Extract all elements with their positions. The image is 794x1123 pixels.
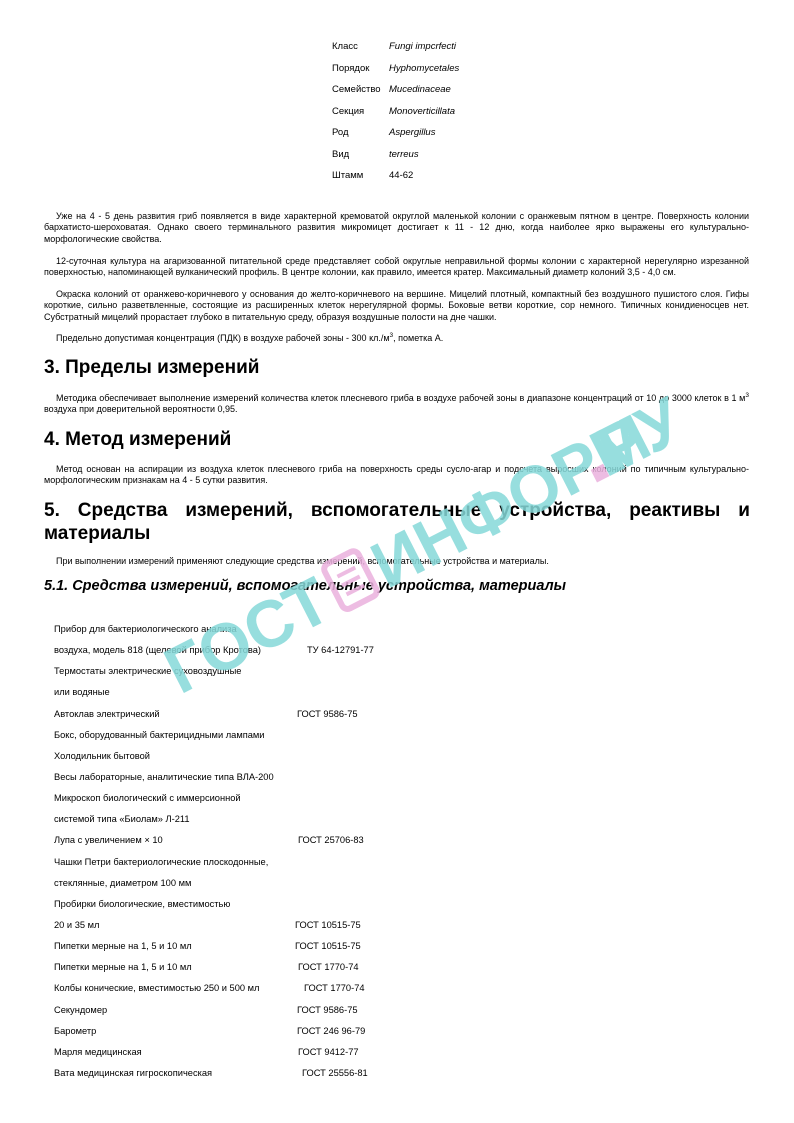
equipment-row: Весы лабораторные, аналитические типа ВЛ…: [54, 772, 454, 793]
equipment-name: воздуха, модель 818 (щелевой прибор Крот…: [54, 645, 261, 655]
taxonomy-label: Вид: [332, 149, 389, 160]
taxonomy-row: Штамм 44-62: [332, 170, 459, 192]
paragraph-culture-description: 12-суточная культура на агаризованной пи…: [44, 256, 749, 279]
section-heading-5: 5. Средства измерений, вспомогательные у…: [44, 499, 750, 545]
equipment-row: Микроскоп биологический с иммерсионной: [54, 793, 454, 814]
equipment-name: Термостаты электрические суховоздушные: [54, 666, 241, 676]
equipment-row: Бокс, оборудованный бактерицидными лампа…: [54, 730, 454, 751]
taxonomy-table: Класс Fungi impcrfecti Порядок Hyphomyce…: [332, 41, 459, 192]
equipment-name: стеклянные, диаметром 100 мм: [54, 878, 191, 888]
taxonomy-label: Класс: [332, 41, 389, 52]
equipment-row: Автоклав электрическийГОСТ 9586-75: [54, 709, 454, 730]
taxonomy-value: Hyphomycetales: [389, 63, 459, 74]
equipment-standard: ГОСТ 9586-75: [297, 1005, 358, 1015]
equipment-row: 20 и 35 млГОСТ 10515-75: [54, 920, 454, 941]
equipment-name: Секундомер: [54, 1005, 107, 1015]
equipment-name: Пробирки биологические, вместимостью: [54, 899, 230, 909]
taxonomy-row: Семейство Mucedinaceae: [332, 84, 459, 106]
subsection-heading-5-1: 5.1. Средства измерений, вспомогательные…: [44, 578, 566, 594]
taxonomy-value: Mucedinaceae: [389, 84, 451, 95]
equipment-name: Лупа с увеличением × 10: [54, 835, 163, 845]
range-text: Методика обеспечивает выполнение измерен…: [56, 393, 745, 403]
taxonomy-label: Порядок: [332, 63, 389, 74]
taxonomy-label: Секция: [332, 106, 389, 117]
paragraph-equipment-intro: При выполнении измерений применяют следу…: [44, 556, 749, 567]
taxonomy-row: Секция Monoverticillata: [332, 106, 459, 128]
equipment-name: Барометр: [54, 1026, 96, 1036]
taxonomy-value: Monoverticillata: [389, 106, 455, 117]
equipment-row: Чашки Петри бактериологические плоскодон…: [54, 857, 454, 878]
section-heading-3: 3. Пределы измерений: [44, 356, 750, 379]
mac-text-end: , пометка А.: [393, 333, 443, 343]
taxonomy-value: 44-62: [389, 170, 413, 181]
equipment-row: Термостаты электрические суховоздушные: [54, 666, 454, 687]
equipment-standard: ГОСТ 246 96-79: [297, 1026, 365, 1036]
equipment-standard: ГОСТ 10515-75: [295, 941, 361, 951]
equipment-standard: ГОСТ 25556-81: [302, 1068, 368, 1078]
equipment-name: системой типа «Биолам» Л-211: [54, 814, 190, 824]
taxonomy-value: Fungi impcrfecti: [389, 41, 456, 52]
range-text-end: воздуха при доверительной вероятности 0,…: [44, 404, 238, 414]
equipment-standard: ГОСТ 25706-83: [298, 835, 364, 845]
taxonomy-label: Семейство: [332, 84, 389, 95]
equipment-name: или водяные: [54, 687, 110, 697]
equipment-standard: ГОСТ 1770-74: [304, 983, 365, 993]
equipment-row: Колбы конические, вместимостью 250 и 500…: [54, 983, 454, 1004]
taxonomy-value: Aspergillus: [389, 127, 435, 138]
equipment-standard: ГОСТ 9412-77: [298, 1047, 359, 1057]
equipment-row: Пипетки мерные на 1, 5 и 10 млГОСТ 1770-…: [54, 962, 454, 983]
mac-text: Предельно допустимая концентрация (ПДК) …: [56, 333, 390, 343]
equipment-standard: ГОСТ 10515-75: [295, 920, 361, 930]
equipment-row: Лупа с увеличением × 10ГОСТ 25706-83: [54, 835, 454, 856]
equipment-row: Пробирки биологические, вместимостью: [54, 899, 454, 920]
equipment-row: Вата медицинская гигроскопическаяГОСТ 25…: [54, 1068, 454, 1089]
equipment-row: Холодильник бытовой: [54, 751, 454, 772]
equipment-row: системой типа «Биолам» Л-211: [54, 814, 454, 835]
equipment-list: Прибор для бактериологического анализаво…: [54, 624, 454, 1089]
paragraph-measurement-range: Методика обеспечивает выполнение измерен…: [44, 393, 749, 416]
taxonomy-value: terreus: [389, 149, 419, 160]
paragraph-method: Метод основан на аспирации из воздуха кл…: [44, 464, 749, 487]
equipment-name: Пипетки мерные на 1, 5 и 10 мл: [54, 941, 192, 951]
equipment-name: Автоклав электрический: [54, 709, 160, 719]
equipment-row: или водяные: [54, 687, 454, 708]
equipment-name: Прибор для бактериологического анализа: [54, 624, 237, 634]
equipment-standard: ГОСТ 9586-75: [297, 709, 358, 719]
equipment-name: Весы лабораторные, аналитические типа ВЛ…: [54, 772, 274, 782]
paragraph-mac: Предельно допустимая концентрация (ПДК) …: [44, 333, 749, 344]
taxonomy-label: Род: [332, 127, 389, 138]
equipment-name: Пипетки мерные на 1, 5 и 10 мл: [54, 962, 192, 972]
equipment-standard: ГОСТ 1770-74: [298, 962, 359, 972]
equipment-row: Марля медицинскаяГОСТ 9412-77: [54, 1047, 454, 1068]
section-heading-4: 4. Метод измерений: [44, 428, 750, 451]
taxonomy-row: Вид terreus: [332, 149, 459, 171]
paragraph-colony-color: Окраска колоний от оранжево-коричневого …: [44, 289, 749, 323]
equipment-name: Чашки Петри бактериологические плоскодон…: [54, 857, 268, 867]
taxonomy-row: Класс Fungi impcrfecti: [332, 41, 459, 63]
equipment-name: Бокс, оборудованный бактерицидными лампа…: [54, 730, 265, 740]
taxonomy-row: Порядок Hyphomycetales: [332, 63, 459, 85]
equipment-name: Марля медицинская: [54, 1047, 142, 1057]
equipment-name: Вата медицинская гигроскопическая: [54, 1068, 212, 1078]
equipment-name: 20 и 35 мл: [54, 920, 99, 930]
equipment-name: Холодильник бытовой: [54, 751, 150, 761]
equipment-row: стеклянные, диаметром 100 мм: [54, 878, 454, 899]
equipment-row: СекундомерГОСТ 9586-75: [54, 1005, 454, 1026]
equipment-standard: ТУ 64-12791-77: [307, 645, 374, 655]
equipment-row: БарометрГОСТ 246 96-79: [54, 1026, 454, 1047]
paragraph-colony-appearance: Уже на 4 - 5 день развития гриб появляет…: [44, 211, 749, 245]
equipment-row: воздуха, модель 818 (щелевой прибор Крот…: [54, 645, 454, 666]
equipment-row: Пипетки мерные на 1, 5 и 10 млГОСТ 10515…: [54, 941, 454, 962]
document-page: Класс Fungi impcrfecti Порядок Hyphomyce…: [0, 0, 794, 1123]
equipment-row: Прибор для бактериологического анализа: [54, 624, 454, 645]
equipment-name: Колбы конические, вместимостью 250 и 500…: [54, 983, 259, 993]
superscript: 3: [745, 392, 749, 399]
taxonomy-row: Род Aspergillus: [332, 127, 459, 149]
equipment-name: Микроскоп биологический с иммерсионной: [54, 793, 241, 803]
taxonomy-label: Штамм: [332, 170, 389, 181]
